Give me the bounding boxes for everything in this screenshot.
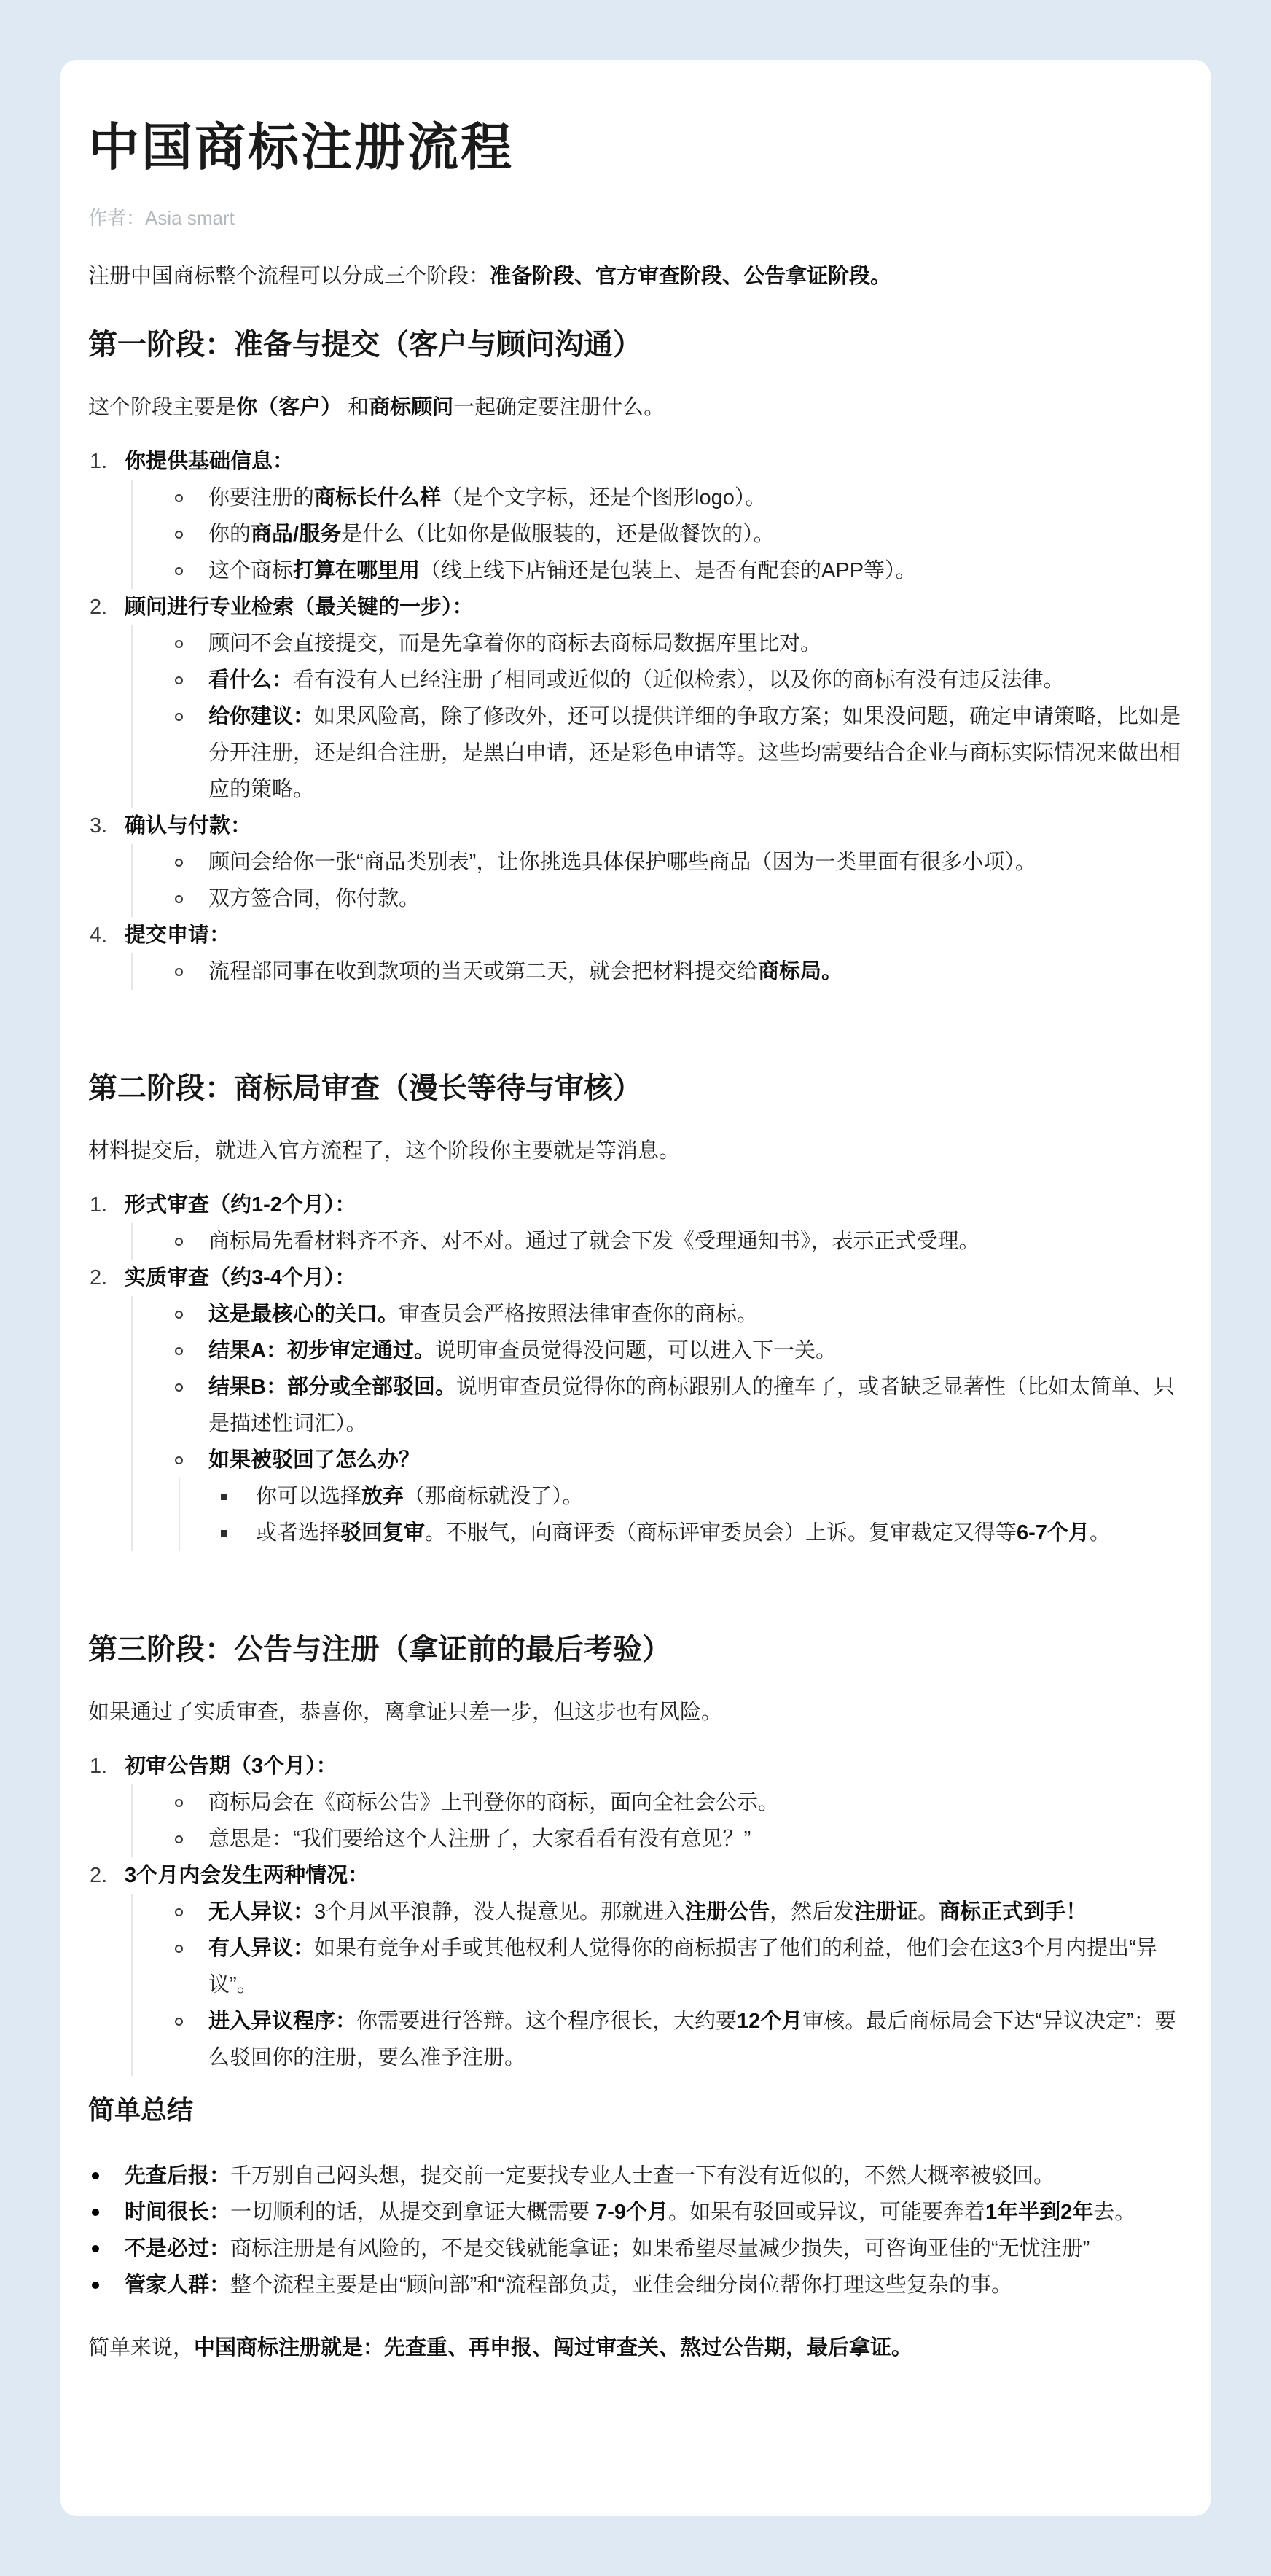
list-item: 2. 实质审查（约3-4个月）： 这是最核心的关口。审查员会严格按照法律审查你的… [88, 1260, 1181, 1551]
list-item-label: 提交申请： [125, 924, 230, 947]
sub-list-item: 这是最核心的关口。审查员会严格按照法律审查你的商标。 [133, 1296, 1181, 1332]
circle-bullet-icon [175, 713, 183, 721]
sub-list: 商标局先看材料齐不齐、对不对。通过了就会下发《受理通知书》，表示正式受理。 [131, 1223, 1181, 1260]
text-run: 简单来说， [88, 2336, 194, 2360]
byline-label: 作者： [88, 207, 145, 229]
text-run: 如果风险高，除了修改外，还可以提供详细的争取方案；如果没问题，确定申请策略，比如… [208, 705, 1181, 801]
sub-sub-list: 你可以选择放弃（那商标就没了）。 或者选择驳回复审。不服气，向商评委（商标评审委… [179, 1478, 1181, 1551]
list-item-label: 你提供基础信息： [125, 450, 294, 473]
text-run: 。 [1090, 1521, 1111, 1545]
text-run: 说明审查员觉得没问题，可以进入下一关。 [435, 1339, 837, 1362]
sub-list-item: 商标局会在《商标公告》上刊登你的商标，面向全社会公示。 [133, 1784, 1181, 1821]
list-number: 4. [90, 917, 107, 953]
sub-list: 无人异议：3个月风平浪静，没人提意见。那就进入注册公告，然后发注册证。商标正式到… [131, 1894, 1181, 2076]
text-run: 流程部同事在收到款项的当天或第二天，就会把材料提交给 [208, 960, 758, 983]
sub-item-text: 意思是：“我们要给这个人注册了，大家看看有没有意见？” [208, 1827, 751, 1851]
text-run: 整个流程主要是由“顾问部”和“流程部负责，亚佳会细分岗位帮你打理这些复杂的事。 [230, 2273, 1012, 2297]
sub-item-text: 结果A：初步审定通过。说明审查员觉得没问题，可以进入下一关。 [208, 1339, 837, 1362]
page-background: 中国商标注册流程 作者：Asia smart 注册中国商标整个流程可以分成三个阶… [0, 0, 1271, 2576]
section-3-heading: 第三阶段：公告与注册（拿证前的最后考验） [88, 1633, 1181, 1666]
sub-list-item: 看什么：看有没有人已经注册了相同或近似的（近似检索），以及你的商标有没有违反法律… [133, 662, 1181, 698]
summary-bullet-item: 先查后报：千万别自己闷头想，提交前一定要找专业人士查一下有没有近似的，不然大概率… [88, 2158, 1181, 2194]
sub-list: 商标局会在《商标公告》上刊登你的商标，面向全社会公示。 意思是：“我们要给这个人… [131, 1784, 1181, 1857]
circle-bullet-icon [175, 968, 183, 976]
text-run: 1年半到2年 [985, 2201, 1093, 2224]
text-run: 审查员会严格按照法律审查你的商标。 [399, 1303, 758, 1326]
sub-item-text: 进入异议程序：你需要进行答辩。这个程序很长，大约要12个月审核。最后商标局会下达… [208, 2010, 1176, 2069]
list-item: 3. 确认与付款： 顾问会给你一张“商品类别表”，让你挑选具体保护哪些商品（因为… [88, 808, 1181, 917]
text-run: 看什么： [208, 668, 293, 692]
circle-bullet-icon [175, 1238, 183, 1246]
list-number: 2. [90, 589, 107, 625]
summary-bullet-item: 管家人群：整个流程主要是由“顾问部”和“流程部负责，亚佳会细分岗位帮你打理这些复… [88, 2267, 1181, 2303]
sub-list-item: 意思是：“我们要给这个人注册了，大家看看有没有意见？” [133, 1821, 1181, 1857]
text-run: 注册中国商标整个流程可以分成三个阶段： [88, 265, 490, 288]
byline-author: Asia smart [145, 207, 235, 229]
sub-item-text: 看什么：看有没有人已经注册了相同或近似的（近似检索），以及你的商标有没有违反法律… [208, 668, 1065, 692]
text-run: 一切顺利的话，从提交到拿证大概需要 [230, 2201, 595, 2224]
text-run: 6-7个月 [1017, 1521, 1090, 1545]
text-run: 先查后报： [125, 2164, 230, 2187]
text-run: 你需要进行答辩。这个程序很长，大约要 [356, 2010, 737, 2033]
text-run: 这个阶段主要是 [88, 396, 236, 419]
sub-sub-item-text: 或者选择驳回复审。不服气，向商评委（商标评审委员会）上诉。复审裁定又得等6-7个… [256, 1521, 1111, 1545]
dot-bullet-icon [92, 2172, 99, 2179]
text-run: 一起确定要注册什么。 [453, 396, 665, 419]
text-run: 初审公告期（3个月）： [125, 1755, 337, 1778]
text-run: 意思是：“我们要给这个人注册了，大家看看有没有意见？” [208, 1827, 751, 1851]
list-item: 2. 顾问进行专业检索（最关键的一步）： 顾问不会直接提交，而是先拿着你的商标去… [88, 589, 1181, 808]
sub-list-item: 流程部同事在收到款项的当天或第二天，就会把材料提交给商标局。 [133, 953, 1181, 990]
sub-item-text: 顾问会给你一张“商品类别表”，让你挑选具体保护哪些商品（因为一类里面有很多小项）… [208, 851, 1036, 874]
text-run: 商标正式到手！ [939, 1900, 1087, 1924]
text-run: 7-9个月 [595, 2201, 668, 2224]
text-run: 如果通过了实质审查，恭喜你，离拿证只差一步，但这步也有风险。 [88, 1701, 722, 1724]
text-run: 你要注册的 [208, 486, 314, 510]
text-run: 材料提交后，就进入官方流程了，这个阶段你主要就是等消息。 [88, 1139, 680, 1163]
sub-item-text: 无人异议：3个月风平浪静，没人提意见。那就进入注册公告，然后发注册证。商标正式到… [208, 1900, 1087, 1924]
sub-item-text: 双方签合同，你付款。 [208, 887, 420, 910]
sub-sub-item-text: 你可以选择放弃（那商标就没了）。 [256, 1485, 584, 1508]
circle-bullet-icon [175, 1908, 183, 1916]
text-run: 商标长什么样 [314, 486, 441, 510]
text-run: 双方签合同，你付款。 [208, 887, 420, 910]
text-run: 3个月内会发生两种情况： [125, 1864, 369, 1887]
sub-list: 流程部同事在收到款项的当天或第二天，就会把材料提交给商标局。 [131, 953, 1181, 990]
sub-list: 你要注册的商标长什么样（是个文字标，还是个图形logo）。 你的商品/服务是什么… [131, 480, 1181, 589]
summary-item-text: 管家人群：整个流程主要是由“顾问部”和“流程部负责，亚佳会细分岗位帮你打理这些复… [125, 2273, 1012, 2297]
text-run: 管家人群： [125, 2273, 230, 2297]
sub-list-item: 结果A：初步审定通过。说明审查员觉得没问题，可以进入下一关。 [133, 1332, 1181, 1369]
circle-bullet-icon [175, 640, 183, 648]
summary-bullet-item: 时间很长：一切顺利的话，从提交到拿证大概需要 7-9个月。如果有驳回或异议，可能… [88, 2194, 1181, 2230]
sub-list-item: 你要注册的商标长什么样（是个文字标，还是个图形logo）。 [133, 480, 1181, 516]
text-run: 商标局先看材料齐不齐、对不对。通过了就会下发《受理通知书》，表示正式受理。 [208, 1230, 980, 1253]
text-run: 这是最核心的关口。 [208, 1303, 399, 1326]
text-run: 12个月 [737, 2010, 802, 2033]
text-run: （那商标就没了）。 [404, 1485, 584, 1508]
sub-item-text: 商标局先看材料齐不齐、对不对。通过了就会下发《受理通知书》，表示正式受理。 [208, 1230, 980, 1253]
summary-bullet-list: 先查后报：千万别自己闷头想，提交前一定要找专业人士查一下有没有近似的，不然大概率… [88, 2158, 1181, 2303]
section-3-lead: 如果通过了实质审查，恭喜你，离拿证只差一步，但这步也有风险。 [88, 1694, 1181, 1730]
circle-bullet-icon [175, 1347, 183, 1355]
circle-bullet-icon [175, 494, 183, 502]
text-run: 去。 [1093, 2201, 1135, 2224]
text-run: 时间很长： [125, 2201, 230, 2224]
circle-bullet-icon [175, 1383, 183, 1392]
summary-item-text: 时间很长：一切顺利的话，从提交到拿证大概需要 7-9个月。如果有驳回或异议，可能… [125, 2201, 1135, 2224]
sub-list-item: 进入异议程序：你需要进行答辩。这个程序很长，大约要12个月审核。最后商标局会下达… [133, 2003, 1181, 2076]
dot-bullet-icon [92, 2209, 99, 2216]
sub-item-text: 流程部同事在收到款项的当天或第二天，就会把材料提交给商标局。 [208, 960, 842, 983]
circle-bullet-icon [175, 1311, 183, 1319]
summary-item-text: 不是必过：商标注册是有风险的，不是交钱就能拿证；如果希望尽量减少损失，可咨询亚佳… [125, 2237, 1090, 2260]
list-item-label: 顾问进行专业检索（最关键的一步）： [125, 596, 474, 619]
circle-bullet-icon [175, 1456, 183, 1464]
list-number: 2. [90, 1857, 107, 1894]
text-run: 商标局。 [758, 960, 842, 983]
sub-list-item: 你的商品/服务是什么（比如你是做服装的，还是做餐饮的）。 [133, 516, 1181, 553]
list-item-label: 形式审查（约1-2个月）： [125, 1193, 356, 1217]
text-run: 进入异议程序： [208, 2010, 356, 2033]
list-item-label: 确认与付款： [125, 814, 251, 838]
text-run: 打算在哪里用 [293, 559, 420, 582]
text-run: 你可以选择 [256, 1485, 361, 1508]
sub-list-item: 双方签合同，你付款。 [133, 881, 1181, 917]
circle-bullet-icon [175, 1799, 183, 1807]
text-run: 驳回复审 [340, 1521, 425, 1545]
circle-bullet-icon [175, 859, 183, 867]
closing-paragraph: 简单来说，中国商标注册就是：先查重、再申报、闯过审查关、熬过公告期，最后拿证。 [88, 2330, 1181, 2366]
text-run: 商标顾问 [369, 396, 453, 419]
text-run: （是个文字标，还是个图形logo）。 [441, 486, 766, 510]
text-run: 不是必过： [125, 2237, 230, 2260]
text-run: 这个商标 [208, 559, 293, 582]
byline: 作者：Asia smart [88, 206, 1181, 230]
list-item-label: 初审公告期（3个月）： [125, 1755, 337, 1778]
sub-sub-list-item: 你可以选择放弃（那商标就没了）。 [180, 1478, 1181, 1515]
section-2-heading: 第二阶段：商标局审查（漫长等待与审核） [88, 1072, 1181, 1105]
list-item: 1. 初审公告期（3个月）： 商标局会在《商标公告》上刊登你的商标，面向全社会公… [88, 1748, 1181, 1857]
intro-paragraph: 注册中国商标整个流程可以分成三个阶段：准备阶段、官方审查阶段、公告拿证阶段。 [88, 258, 1181, 294]
text-run: 你提供基础信息： [125, 450, 294, 473]
sub-item-text: 给你建议：如果风险高，除了修改外，还可以提供详细的争取方案；如果没问题，确定申请… [208, 705, 1181, 801]
dot-bullet-icon [92, 2245, 99, 2252]
sub-list: 顾问会给你一张“商品类别表”，让你挑选具体保护哪些商品（因为一类里面有很多小项）… [131, 844, 1181, 917]
circle-bullet-icon [175, 567, 183, 575]
text-run: 形式审查（约1-2个月）： [125, 1193, 356, 1217]
circle-bullet-icon [175, 1945, 183, 1953]
text-run: 放弃 [361, 1485, 404, 1508]
page-title: 中国商标注册流程 [88, 121, 1181, 175]
list-item-label: 3个月内会发生两种情况： [125, 1864, 369, 1887]
sub-list-item: 结果B：部分或全部驳回。说明审查员觉得你的商标跟别人的撞车了，或者缺乏显著性（比… [133, 1369, 1181, 1442]
text-run: 或者选择 [256, 1521, 340, 1545]
text-run: 准备阶段、官方审查阶段、公告拿证阶段。 [490, 265, 891, 288]
circle-bullet-icon [175, 1835, 183, 1843]
sub-item-text: 有人异议：如果有竞争对手或其他权利人觉得你的商标损害了他们的利益，他们会在这3个… [208, 1937, 1157, 1997]
list-item: 1. 形式审查（约1-2个月）： 商标局先看材料齐不齐、对不对。通过了就会下发《… [88, 1187, 1181, 1260]
text-run: 结果B：部分或全部驳回。 [208, 1375, 456, 1399]
circle-bullet-icon [175, 531, 183, 539]
text-run: 商标局会在《商标公告》上刊登你的商标，面向全社会公示。 [208, 1791, 779, 1814]
section-1-numbered-list: 1. 你提供基础信息： 你要注册的商标长什么样（是个文字标，还是个图形logo）… [88, 443, 1181, 990]
document-card: 中国商标注册流程 作者：Asia smart 注册中国商标整个流程可以分成三个阶… [60, 60, 1211, 2516]
sub-item-text: 你的商品/服务是什么（比如你是做服装的，还是做餐饮的）。 [208, 523, 775, 546]
text-run: 。不服气，向商评委（商标评审委员会）上诉。复审裁定又得等 [425, 1521, 1017, 1545]
text-run: （线上线下店铺还是包装上、是否有配套的APP等）。 [420, 559, 917, 582]
list-item: 4. 提交申请： 流程部同事在收到款项的当天或第二天，就会把材料提交给商标局。 [88, 917, 1181, 990]
list-number: 1. [90, 1748, 107, 1784]
list-item: 2. 3个月内会发生两种情况： 无人异议：3个月风平浪静，没人提意见。那就进入注… [88, 1857, 1181, 2076]
text-run: 顾问会给你一张“商品类别表”，让你挑选具体保护哪些商品（因为一类里面有很多小项）… [208, 851, 1036, 874]
text-run: 3个月风平浪静，没人提意见。那就进入 [314, 1900, 685, 1924]
text-run: 顾问进行专业检索（最关键的一步）： [125, 596, 474, 619]
sub-list-item: 如果被驳回了怎么办？ 你可以选择放弃（那商标就没了）。 或者选择驳回复审。不服气… [133, 1442, 1181, 1551]
text-run: 商标注册是有风险的，不是交钱就能拿证；如果希望尽量减少损失，可咨询亚佳的“无忧注… [230, 2237, 1090, 2260]
text-run: 无人异议： [208, 1900, 314, 1924]
text-run: 结果A：初步审定通过。 [208, 1339, 435, 1362]
text-run: 。如果有驳回或异议，可能要奔着 [668, 2201, 985, 2224]
text-run: 你（客户） [236, 396, 342, 419]
section-3-numbered-list: 1. 初审公告期（3个月）： 商标局会在《商标公告》上刊登你的商标，面向全社会公… [88, 1748, 1181, 2076]
sub-list-item: 商标局先看材料齐不齐、对不对。通过了就会下发《受理通知书》，表示正式受理。 [133, 1223, 1181, 1260]
text-run: 如果被驳回了怎么办？ [208, 1448, 420, 1472]
section-1-heading: 第一阶段：准备与提交（客户与顾问沟通） [88, 328, 1181, 362]
text-run: 实质审查（约3-4个月）： [125, 1266, 356, 1289]
list-item-label: 实质审查（约3-4个月）： [125, 1266, 356, 1289]
square-bullet-icon [221, 1494, 227, 1500]
section-1-lead: 这个阶段主要是你（客户） 和商标顾问一起确定要注册什么。 [88, 389, 1181, 426]
list-number: 1. [90, 1187, 107, 1223]
text-run: 和 [342, 396, 369, 419]
summary-heading: 简单总结 [88, 2095, 1181, 2126]
text-run: 提交申请： [125, 924, 230, 947]
text-run: 千万别自己闷头想，提交前一定要找专业人士查一下有没有近似的，不然大概率被驳回。 [230, 2164, 1055, 2187]
list-number: 2. [90, 1260, 107, 1296]
text-run: 注册公告 [685, 1900, 770, 1924]
text-run: 商品/服务 [251, 523, 341, 546]
sub-item-text: 这是最核心的关口。审查员会严格按照法律审查你的商标。 [208, 1303, 758, 1326]
section-2-numbered-list: 1. 形式审查（约1-2个月）： 商标局先看材料齐不齐、对不对。通过了就会下发《… [88, 1187, 1181, 1551]
sub-item-text: 结果B：部分或全部驳回。说明审查员觉得你的商标跟别人的撞车了，或者缺乏显著性（比… [208, 1375, 1175, 1435]
summary-item-text: 先查后报：千万别自己闷头想，提交前一定要找专业人士查一下有没有近似的，不然大概率… [125, 2164, 1055, 2187]
dot-bullet-icon [92, 2282, 99, 2289]
sub-item-text: 你要注册的商标长什么样（是个文字标，还是个图形logo）。 [208, 486, 766, 510]
sub-item-text: 商标局会在《商标公告》上刊登你的商标，面向全社会公示。 [208, 1791, 779, 1814]
text-run: 有人异议： [208, 1937, 314, 1960]
circle-bullet-icon [175, 676, 183, 684]
sub-list-item: 无人异议：3个月风平浪静，没人提意见。那就进入注册公告，然后发注册证。商标正式到… [133, 1894, 1181, 1930]
sub-item-text: 顾问不会直接提交，而是先拿着你的商标去商标局数据库里比对。 [208, 632, 821, 655]
circle-bullet-icon [175, 2018, 183, 2026]
summary-bullet-item: 不是必过：商标注册是有风险的，不是交钱就能拿证；如果希望尽量减少损失，可咨询亚佳… [88, 2230, 1181, 2267]
sub-list: 顾问不会直接提交，而是先拿着你的商标去商标局数据库里比对。 看什么：看有没有人已… [131, 625, 1181, 808]
text-run: 你的 [208, 523, 251, 546]
sub-list-item: 有人异议：如果有竞争对手或其他权利人觉得你的商标损害了他们的利益，他们会在这3个… [133, 1930, 1181, 2003]
text-run: 。 [918, 1900, 939, 1924]
list-item: 1. 你提供基础信息： 你要注册的商标长什么样（是个文字标，还是个图形logo）… [88, 443, 1181, 589]
text-run: 中国商标注册就是：先查重、再申报、闯过审查关、熬过公告期，最后拿证。 [194, 2336, 912, 2360]
section-2-lead: 材料提交后，就进入官方流程了，这个阶段你主要就是等消息。 [88, 1133, 1181, 1169]
square-bullet-icon [221, 1530, 227, 1537]
text-run: 是什么（比如你是做服装的，还是做餐饮的）。 [341, 523, 775, 546]
text-run: 顾问不会直接提交，而是先拿着你的商标去商标局数据库里比对。 [208, 632, 821, 655]
circle-bullet-icon [175, 895, 183, 903]
sub-item-text: 这个商标打算在哪里用（线上线下店铺还是包装上、是否有配套的APP等）。 [208, 559, 917, 582]
sub-item-text: 如果被驳回了怎么办？ [208, 1448, 420, 1472]
text-run: 注册证 [854, 1900, 918, 1924]
text-run: 看有没有人已经注册了相同或近似的（近似检索），以及你的商标有没有违反法律。 [293, 668, 1065, 692]
sub-list: 这是最核心的关口。审查员会严格按照法律审查你的商标。 结果A：初步审定通过。说明… [131, 1296, 1181, 1551]
sub-sub-list-item: 或者选择驳回复审。不服气，向商评委（商标评审委员会）上诉。复审裁定又得等6-7个… [180, 1515, 1181, 1551]
text-run: 确认与付款： [125, 814, 251, 838]
text-run: 如果有竞争对手或其他权利人觉得你的商标损害了他们的利益，他们会在这3个月内提出“… [208, 1937, 1157, 1997]
sub-list-item: 顾问不会直接提交，而是先拿着你的商标去商标局数据库里比对。 [133, 625, 1181, 662]
sub-list-item: 这个商标打算在哪里用（线上线下店铺还是包装上、是否有配套的APP等）。 [133, 553, 1181, 589]
sub-list-item: 顾问会给你一张“商品类别表”，让你挑选具体保护哪些商品（因为一类里面有很多小项）… [133, 844, 1181, 881]
sub-list-item: 给你建议：如果风险高，除了修改外，还可以提供详细的争取方案；如果没问题，确定申请… [133, 698, 1181, 808]
text-run: ，然后发 [770, 1900, 854, 1924]
list-number: 3. [90, 808, 107, 844]
text-run: 给你建议： [208, 705, 314, 728]
list-number: 1. [90, 443, 107, 480]
